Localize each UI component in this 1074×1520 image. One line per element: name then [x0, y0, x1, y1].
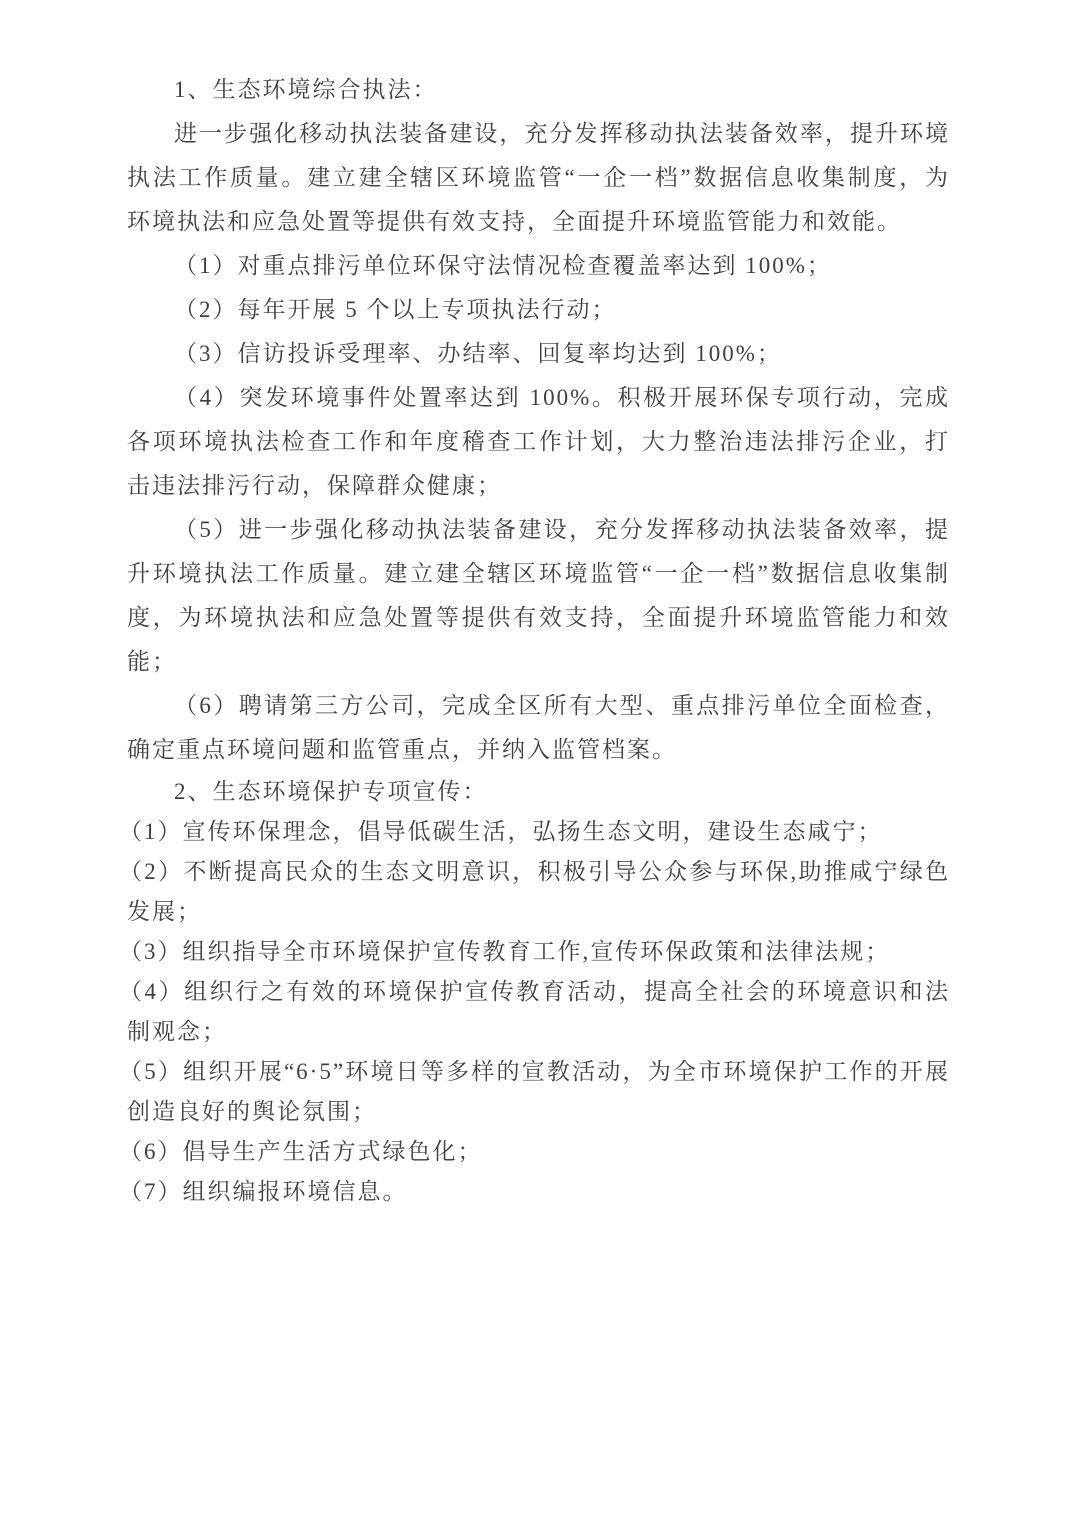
section-eco-environment-publicity: 2、生态环境保护专项宣传： （1）宣传环保理念，倡导低碳生活，弘扬生态文明，建设… — [127, 772, 950, 1212]
section-2-item-6: （6）倡导生产生活方式绿色化； — [127, 1132, 950, 1172]
section-1-heading: 1、生态环境综合执法： — [127, 68, 950, 112]
section-1-item-5: （5）进一步强化移动执法装备建设，充分发挥移动执法装备效率，提升环境执法工作质量… — [127, 508, 950, 684]
section-1-item-3: （3）信访投诉受理率、办结率、回复率均达到 100%； — [127, 332, 950, 376]
section-1-intro-paragraph: 进一步强化移动执法装备建设，充分发挥移动执法装备效率，提升环境执法工作质量。建立… — [127, 112, 950, 244]
section-1-item-4: （4）突发环境事件处置率达到 100%。积极开展环保专项行动，完成各项环境执法检… — [127, 376, 950, 508]
section-1-item-2: （2）每年开展 5 个以上专项执法行动； — [127, 288, 950, 332]
section-2-item-3: （3）组织指导全市环境保护宣传教育工作,宣传环保政策和法律法规； — [127, 932, 950, 972]
section-2-heading: 2、生态环境保护专项宣传： — [127, 772, 950, 812]
section-eco-environment-law-enforcement: 1、生态环境综合执法： 进一步强化移动执法装备建设，充分发挥移动执法装备效率，提… — [127, 68, 950, 772]
document-page: 1、生态环境综合执法： 进一步强化移动执法装备建设，充分发挥移动执法装备效率，提… — [0, 0, 1074, 1520]
section-2-item-5: （5）组织开展“6·5”环境日等多样的宣教活动，为全市环境保护工作的开展创造良好… — [127, 1052, 950, 1132]
section-2-item-7: （7）组织编报环境信息。 — [127, 1172, 950, 1212]
section-1-item-1: （1）对重点排污单位环保守法情况检查覆盖率达到 100%； — [127, 244, 950, 288]
section-2-item-2: （2）不断提高民众的生态文明意识，积极引导公众参与环保,助推咸宁绿色发展； — [127, 852, 950, 932]
section-2-item-1: （1）宣传环保理念，倡导低碳生活，弘扬生态文明，建设生态咸宁； — [127, 812, 950, 852]
section-2-item-4: （4）组织行之有效的环境保护宣传教育活动，提高全社会的环境意识和法制观念； — [127, 972, 950, 1052]
section-1-item-6: （6）聘请第三方公司，完成全区所有大型、重点排污单位全面检查，确定重点环境问题和… — [127, 684, 950, 772]
